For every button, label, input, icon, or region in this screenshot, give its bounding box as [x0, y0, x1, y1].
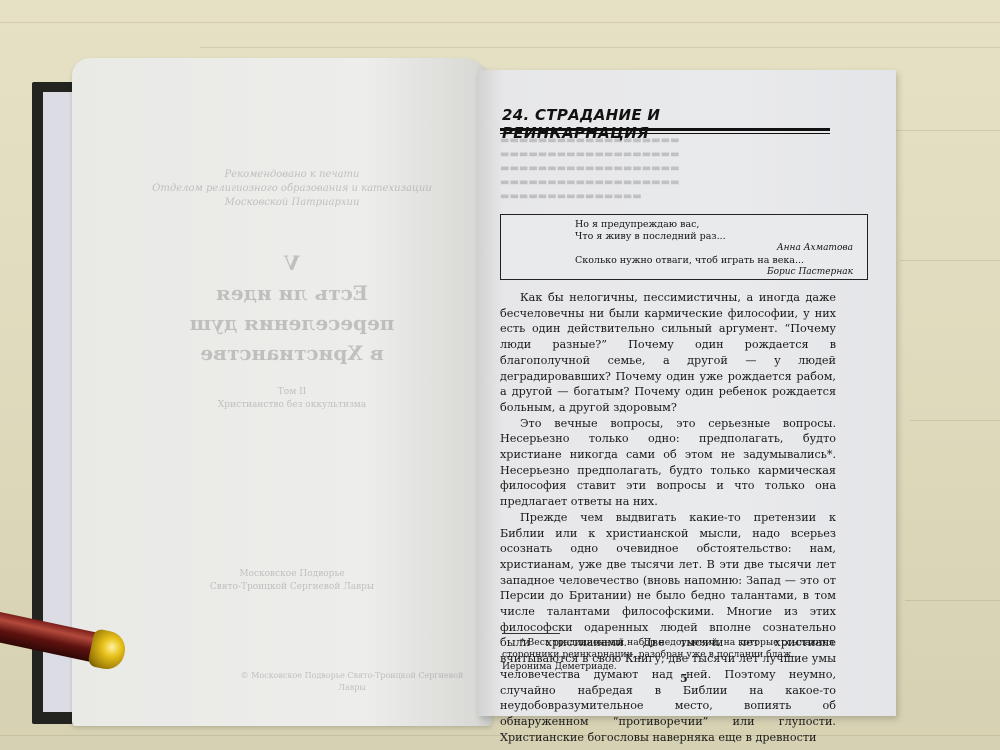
epigraph-author: Анна Ахматова [777, 243, 853, 253]
title-rule-thin [500, 133, 830, 134]
epigraph-box: Но я предупреждаю вас, Что я живу в посл… [500, 214, 868, 280]
page-number: 5 [680, 672, 688, 685]
show-through-text: ▬▬▬▬▬▬▬▬▬▬▬▬▬▬▬▬▬▬▬▬▬▬▬▬▬▬▬▬▬▬▬▬▬▬▬▬▬▬▬▬… [500, 134, 830, 204]
show-through-volume: Том II Христианство без оккультизма [172, 386, 412, 412]
show-through-title: V Есть ли идея переселения душ в Христиа… [182, 248, 402, 368]
chapter-title: 24. СТРАДАНИЕ И РЕИНКАРНАЦИЯ [502, 106, 808, 142]
footnote: * Весь традиционный набор недоумений, на… [502, 637, 838, 673]
paragraph: Прежде чем выдвигать какие-то претензии … [500, 510, 836, 746]
paragraph: Это вечные вопросы, это серьезные вопрос… [500, 416, 836, 510]
title-rule-thick [500, 128, 830, 131]
paragraph: Как бы нелогичны, пессимистичны, а иногд… [500, 290, 836, 416]
show-through-publisher: Московское Подворье Свято-Троицкой Серги… [162, 568, 422, 594]
epigraph-line: Сколько нужно отваги, чтоб играть на век… [575, 255, 804, 266]
show-through-copyright: © Московское Подворье Свято-Троицкой Сер… [232, 670, 472, 694]
epigraph-line: Но я предупреждаю вас, [575, 219, 699, 230]
left-page[interactable]: V Есть ли идея переселения душ в Христиа… [72, 58, 492, 726]
epigraph-line: Что я живу в последний раз... [575, 231, 726, 242]
body-text: Как бы нелогичны, пессимистичны, а иногд… [500, 290, 836, 745]
footnote-rule [502, 633, 560, 634]
pen-gold-cap [87, 628, 128, 672]
right-page[interactable]: ▬▬▬▬▬▬▬▬▬▬▬▬▬▬▬▬▬▬▬▬▬▬▬▬▬▬▬▬▬▬▬▬▬▬▬▬▬▬▬▬… [478, 70, 896, 716]
epigraph-author: Борис Пастернак [767, 267, 853, 277]
show-through-imprint: Рекомендовано к печати Отделом религиозн… [152, 168, 432, 210]
